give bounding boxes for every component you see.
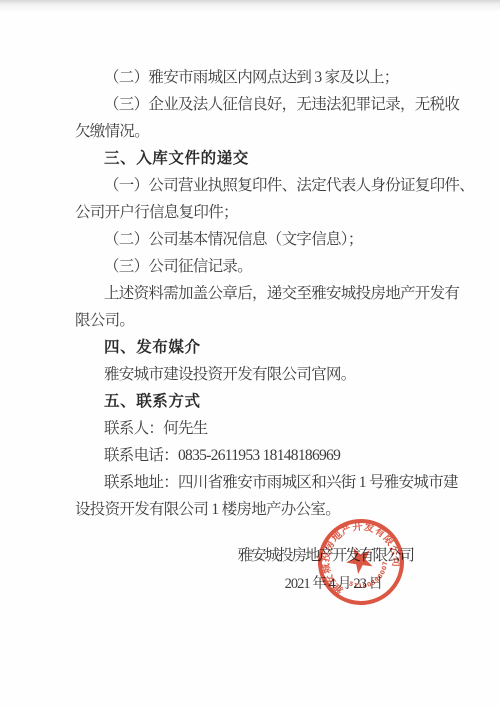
text-line: 联系人：何先生: [75, 415, 463, 442]
document-body: （二）雅安市雨城区内网点达到 3 家及以上；（三）企业及法人征信良好，无违法犯罪…: [75, 64, 463, 523]
signature-date: 2021 年 4 月 23 日: [285, 572, 382, 593]
text-line: 限公司。: [75, 307, 463, 334]
text-line: 联系地址：四川省雅安市雨城区和兴街 1 号雅安城市建: [75, 469, 463, 496]
section-heading: 五、联系方式: [75, 388, 463, 415]
section-heading: 四、发布媒介: [75, 334, 463, 361]
scan-edge-shadow: [0, 0, 500, 12]
text-line: 上述资料需加盖公章后，递交至雅安城投房地产开发有: [75, 280, 463, 307]
text-line: （三）公司征信记录。: [75, 253, 463, 280]
signature-company: 雅安城投房地产开发有限公司: [237, 543, 413, 565]
text-line: 设投资开发有限公司 1 楼房地产办公室。: [75, 496, 463, 523]
text-line: 公司开户行信息复印件；: [75, 199, 463, 226]
section-heading: 三、入库文件的递交: [75, 145, 463, 172]
text-line: 联系电话：0835-2611953 18148186969: [75, 442, 463, 469]
text-line: 欠缴情况。: [75, 118, 463, 145]
text-line: （三）企业及法人征信良好，无违法犯罪记录，无税收: [75, 91, 463, 118]
text-line: 雅安城市建设投资开发有限公司官网。: [75, 361, 463, 388]
document-page: （二）雅安市雨城区内网点达到 3 家及以上；（三）企业及法人征信良好，无违法犯罪…: [0, 0, 500, 707]
text-line: （二）公司基本情况信息（文字信息）；: [75, 226, 463, 253]
text-line: （一）公司营业执照复印件、法定代表人身份证复印件、: [75, 172, 463, 199]
text-line: （二）雅安市雨城区内网点达到 3 家及以上；: [75, 64, 463, 91]
